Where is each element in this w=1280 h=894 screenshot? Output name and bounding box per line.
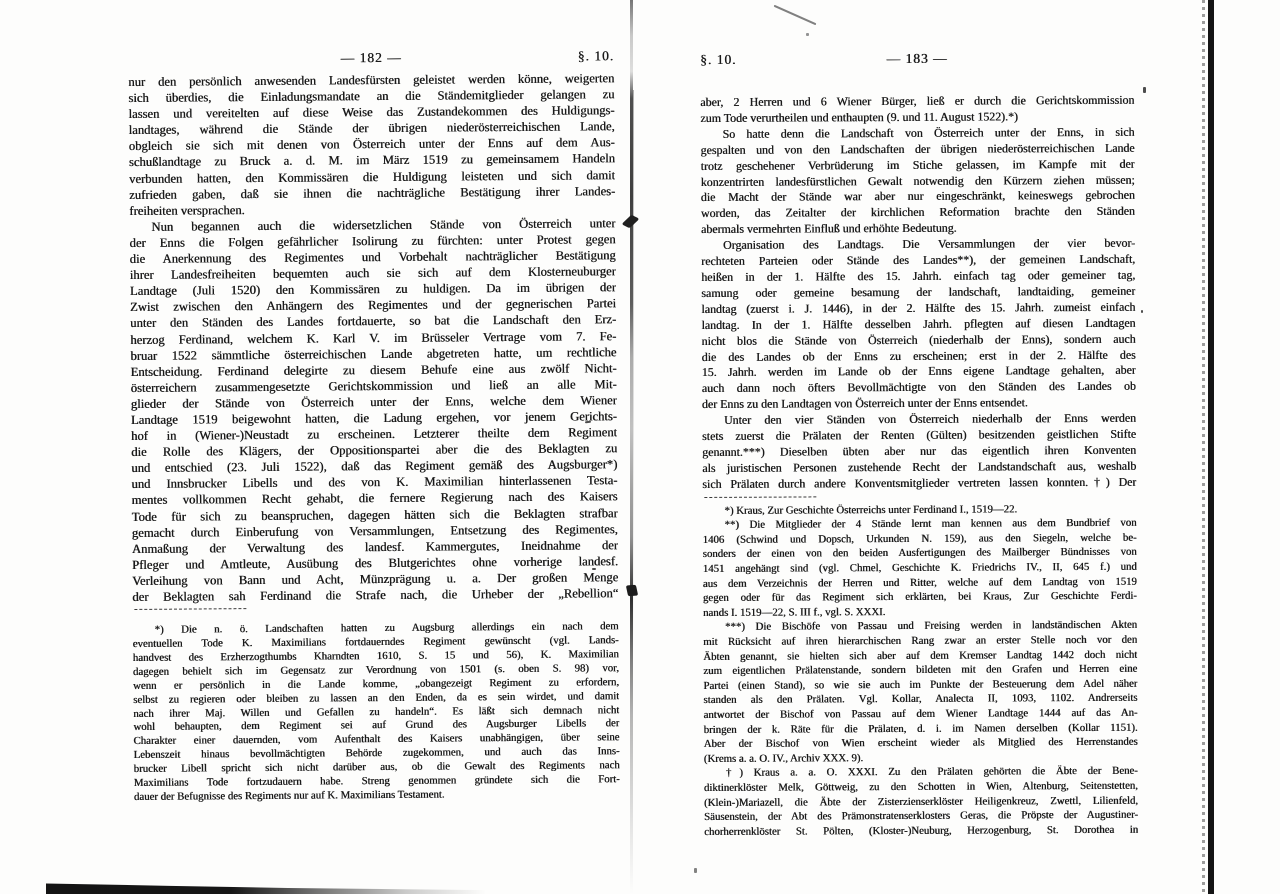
text-line: Aber der Bischof von Wien erscheint wied… xyxy=(704,735,1138,752)
scratch-mark xyxy=(774,5,817,26)
text-line: aber, 2 Herren und 6 Wiener Bürger, ließ… xyxy=(700,93,1134,111)
page-edge-speckle xyxy=(1202,0,1205,894)
footnotes: *) Die n. ö. Landschaften hatten zu Augs… xyxy=(132,620,619,805)
text-line: landtag. In der 1. Hälfte desselben Jahr… xyxy=(701,315,1135,333)
page-number: — 182 — xyxy=(340,50,401,67)
page-183: §. 10. — 183 — aber, 2 Herren und 6 Wien… xyxy=(700,50,1138,840)
gutter-ink-blob xyxy=(626,585,638,596)
bottom-scan-shadow xyxy=(46,882,486,894)
footnote-separator xyxy=(134,608,246,610)
page-182: — 182 — §. 10. nur den persönlich anwese… xyxy=(128,48,620,805)
footnote-separator xyxy=(704,496,816,498)
text-line: nicht blos die Stände von Österreich (ni… xyxy=(701,331,1135,349)
text-line: worden, das Zeitalter der kirchlichen Re… xyxy=(701,204,1135,222)
page-number: — 183 — xyxy=(886,51,947,68)
section-ref: §. 10. xyxy=(401,48,614,67)
text-line: auch dann noch öfters Bevollmächtigte vo… xyxy=(702,379,1136,397)
page-edge-shadow xyxy=(1208,0,1214,894)
text-line: diktinerklöster Melk, Göttweig, zu den S… xyxy=(704,779,1138,796)
text-line: gespalten und von den Landschaften der ü… xyxy=(700,140,1134,158)
text-line: gegen oder für das Regiment sich erklärt… xyxy=(703,589,1137,606)
section-ref xyxy=(128,50,341,69)
page-gutter-shadow-secondary xyxy=(633,90,634,650)
body-text: aber, 2 Herren und 6 Wiener Bürger, ließ… xyxy=(700,93,1136,493)
text-line: dauer der Befugnisse des Regiments nur a… xyxy=(134,787,620,805)
scan-speck xyxy=(1143,87,1146,93)
scan-speck xyxy=(806,33,809,36)
text-line: sich Prälaten durch andere Konventsmitgl… xyxy=(702,474,1136,492)
text-line: landtag (zuerst i. J. 1446), in der 2. H… xyxy=(701,300,1135,318)
text-line: antwortet der Bischof von Passau auf dem… xyxy=(703,706,1137,723)
scan-speck xyxy=(1141,310,1143,313)
text-line: der Beklagten sah Ferdinand die Strafe n… xyxy=(132,585,618,605)
book-spread-scan: — 182 — §. 10. nur den persönlich anwese… xyxy=(0,0,1280,894)
body-text: nur den persönlich anwesenden Landesfürs… xyxy=(128,70,618,605)
text-line: als juristischen Personen zustehende Rec… xyxy=(702,459,1136,477)
page-header: §. 10. — 183 — xyxy=(700,50,1134,69)
text-line: chorherrenklöster St. Pölten, (Kloster-)… xyxy=(704,822,1138,839)
text-line: So hatte denn die Landschaft von Österre… xyxy=(700,125,1134,143)
text-line: trotz geschehener Verbrüderung im Stiche… xyxy=(701,156,1135,174)
section-ref xyxy=(947,50,1134,68)
scan-speck xyxy=(694,868,697,873)
footnotes: *) Kraus, Zur Geschichte Österreichs unt… xyxy=(702,501,1138,839)
page-header: — 182 — §. 10. xyxy=(128,48,614,69)
section-ref: §. 10. xyxy=(700,51,887,69)
gutter-ink-blob xyxy=(622,215,640,229)
